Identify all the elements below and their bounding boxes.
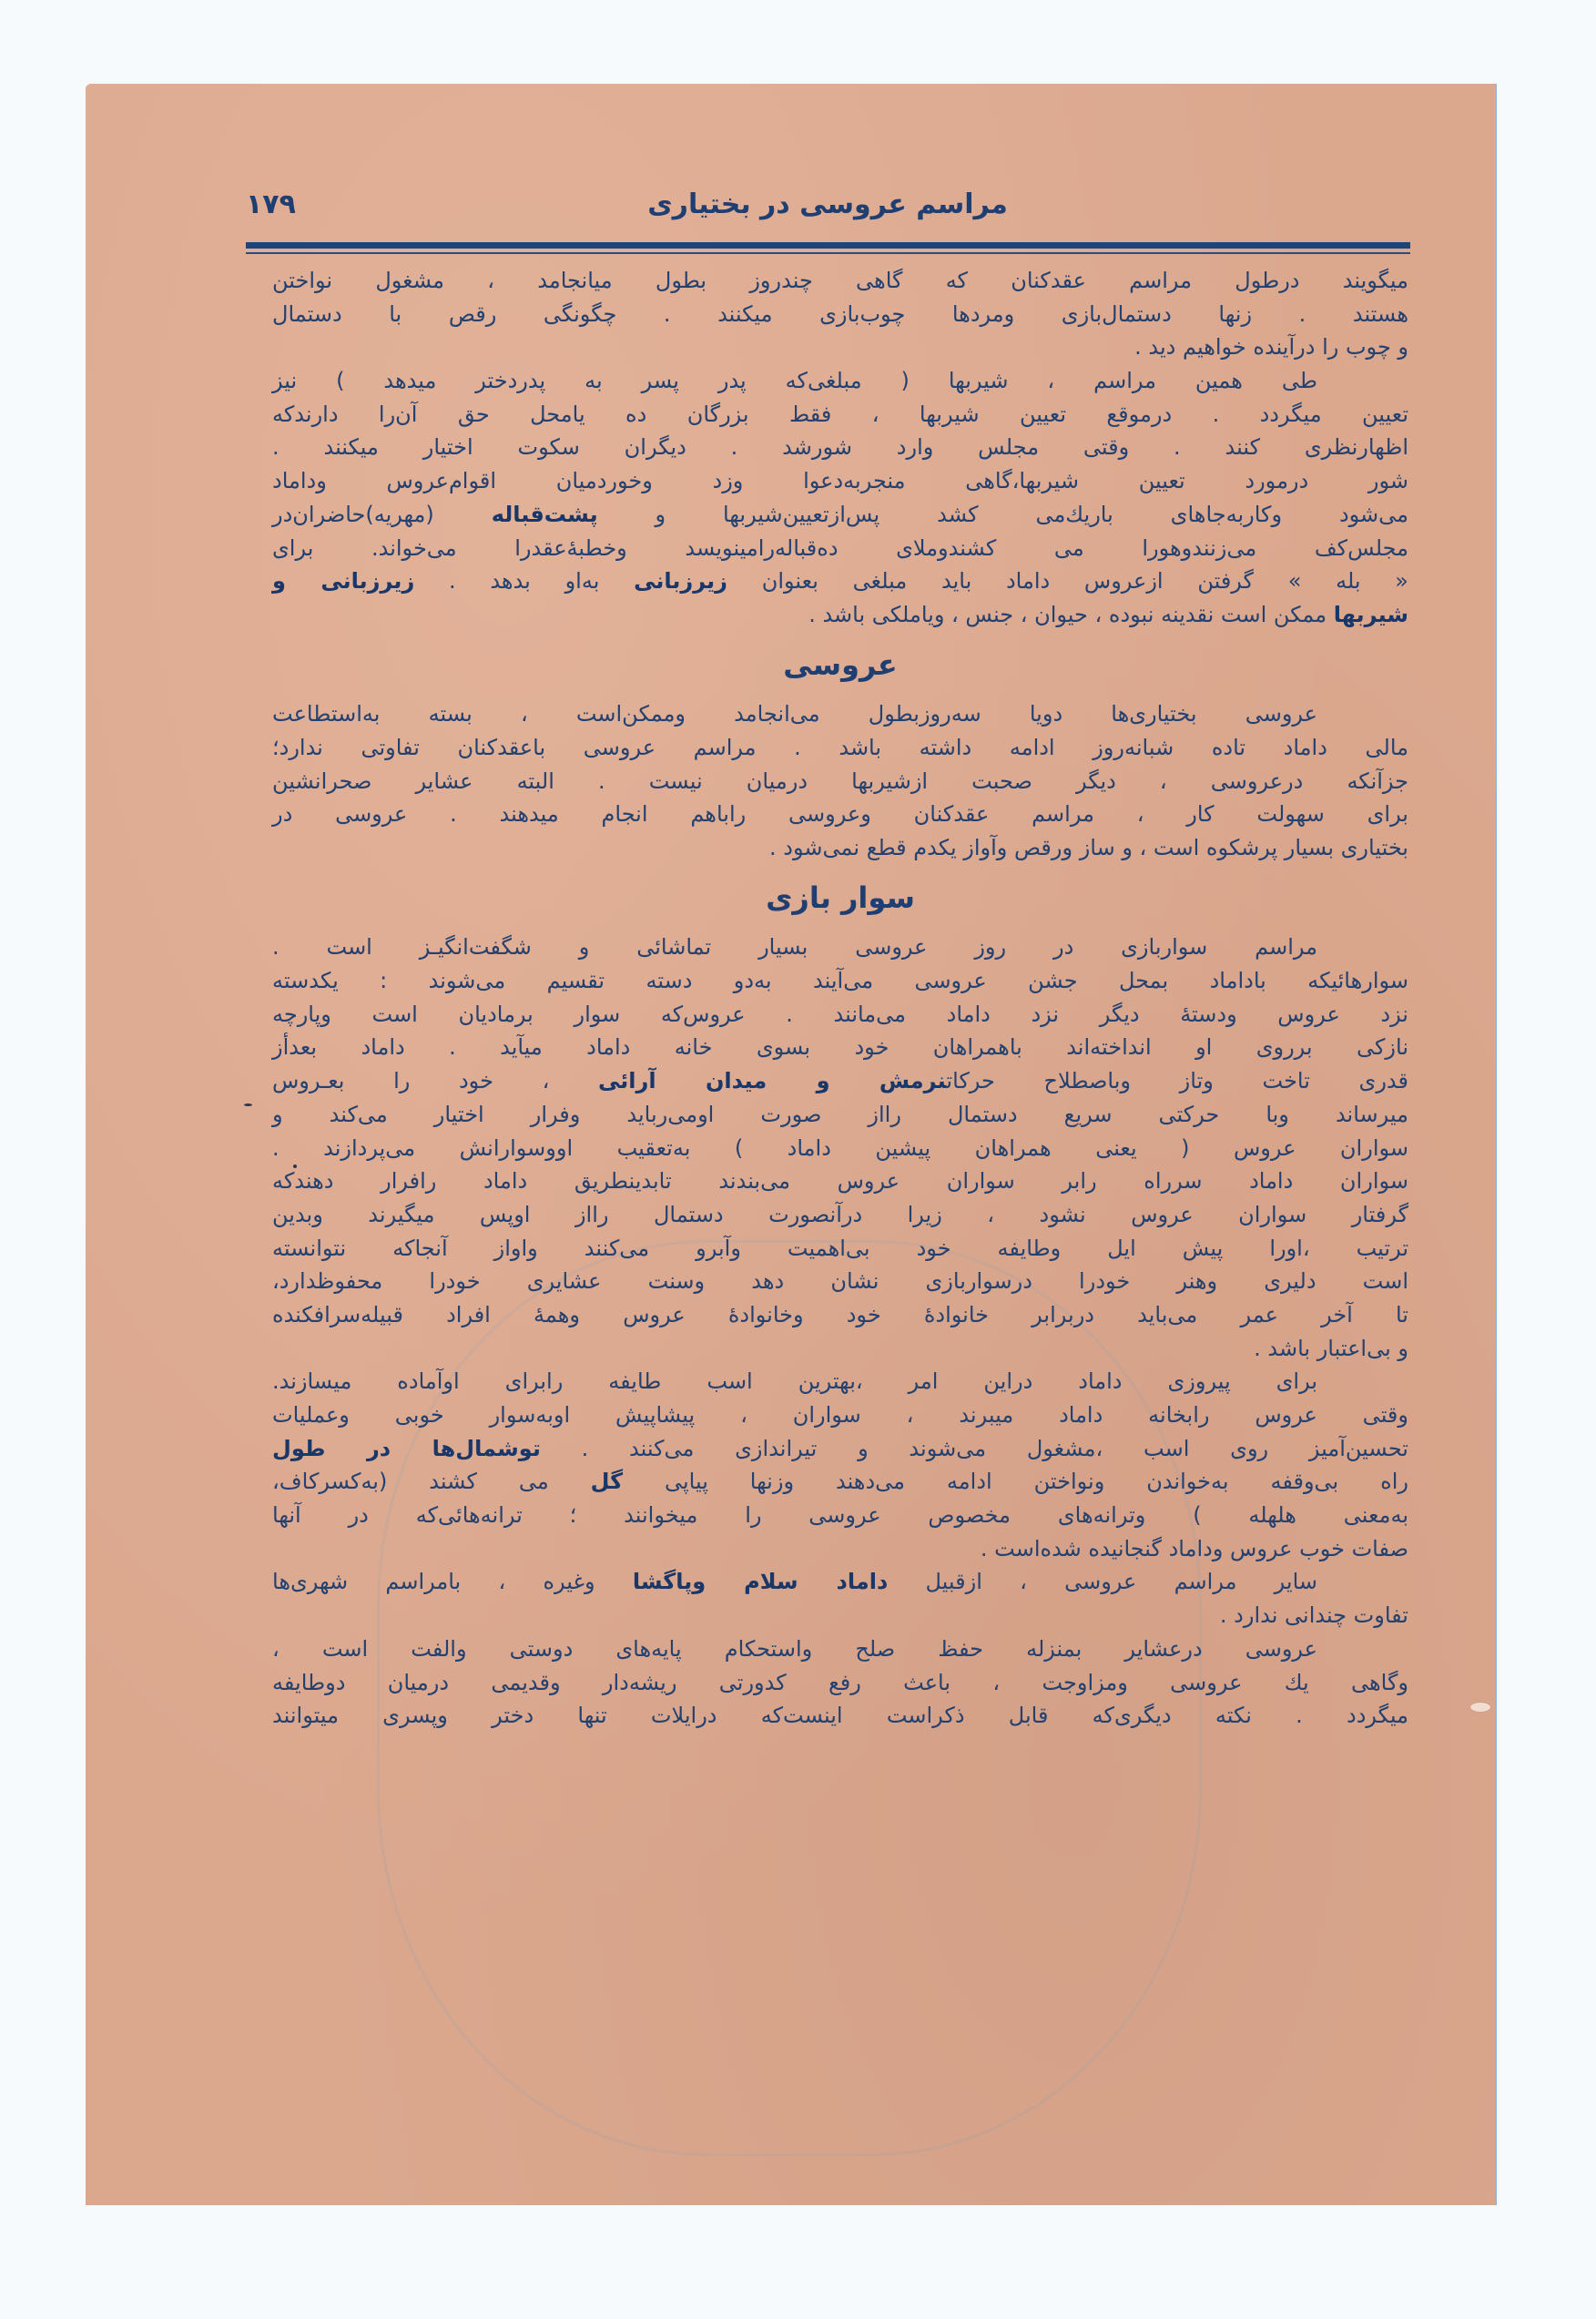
spacer (272, 681, 1408, 697)
text-line: میگردد . نکته دیگری‌که قابل ذکراست اینست… (272, 1699, 1408, 1733)
text-line: و بی‌اعتبار باشد . (272, 1332, 1408, 1366)
text-line: می‌شود وکار‌به‌جاهای باریك‌می کشد پس‌ازت… (272, 498, 1408, 532)
text-line: وگاهی یك عروسی ومزاوجت ، باعث رفع کدورتی… (272, 1666, 1408, 1700)
text-line: سواران عروس ( یعنی همراهان پیشین داماد )… (272, 1132, 1408, 1165)
bold-term-narmesh: نرمش و میدان آرائی (598, 1068, 946, 1093)
text-line: به‌معنی هلهله ) وترانه‌های مخصوص عروسی ر… (272, 1499, 1408, 1532)
text-line: برای پیروزی داماد دراین امر ،بهترین اسب … (272, 1365, 1408, 1399)
text-run: قدری تاخت وتاز وباصطلاح حرکات (946, 1068, 1408, 1093)
text-run: ممکن است نقدینه نبوده ، حیوان ، جنس ، وی… (808, 602, 1334, 627)
page-header: ۱۷۹ مراسم عروسی در بختیاری (246, 188, 1409, 261)
text-line: تفاوت چندانی ندارد . (272, 1599, 1408, 1632)
text-line: قدری تاخت وتاز وباصطلاح حرکاتنرمش و میدا… (272, 1064, 1408, 1098)
text-line: سوارهائیکه باداماد بمحل جشن عروسی می‌آین… (272, 964, 1408, 998)
text-line: سواران داماد سرراه رابر سواران عروس می‌ب… (272, 1165, 1408, 1198)
text-line: هستند . زنها دستمال‌بازی ومردها چوب‌بازی… (272, 298, 1408, 331)
text-run: ، خود را بعـروس (272, 1068, 598, 1093)
text-line: مراسم سواربازی در روز عروسی بسیار تماشائ… (272, 931, 1408, 964)
text-run: تحسین‌آمیز روی اسب ،مشغول می‌شوند و تیرا… (541, 1436, 1408, 1461)
text-line: میرساند وبا حرکتی سریع دستمال رااز صورت … (272, 1098, 1408, 1132)
text-line: مجلس‌کف می‌زنندوهورا می کشندوملای ده‌قبا… (272, 532, 1408, 565)
text-line: شیربها ممکن است نقدینه نبوده ، حیوان ، ج… (272, 598, 1408, 632)
text-run: وغیره ، بامراسم شهری‌ها (272, 1569, 633, 1594)
spacer (272, 632, 1408, 648)
text-run: « بله » گرفتن ازعروس داماد باید مبلغی بع… (727, 568, 1408, 594)
text-line: است دلیری وهنر خودرا درسواربازی نشان دهد… (272, 1265, 1408, 1298)
spacer (272, 865, 1408, 881)
running-title: مراسم عروسی در بختیاری (246, 188, 1409, 220)
text-line: طی همین مراسم ، شیربها ( مبلغی‌که پدر پس… (272, 364, 1408, 398)
header-rule-thick (246, 242, 1410, 249)
text-run: می کشند (به‌کسرکاف، (272, 1469, 591, 1494)
ink-speck (293, 1165, 297, 1168)
text-line: میگویند درطول مراسم عقدکنان که گاهی چندر… (272, 264, 1408, 298)
text-line: راه بی‌وقفه به‌خواندن ونواختن ادامه می‌د… (272, 1465, 1408, 1499)
body-text: میگویند درطول مراسم عقدکنان که گاهی چندر… (272, 264, 1408, 1733)
text-line: مالی داماد تاده شبانه‌روز ادامه داشته با… (272, 731, 1408, 765)
ink-speck (244, 1104, 252, 1106)
text-run: به‌او بدهد . (414, 568, 634, 594)
text-line: برای سهولت کار ، مراسم عقدکنان وعروسی را… (272, 798, 1408, 831)
text-line: اظهارنظری کنند . وقتی مجلس وارد شورشد . … (272, 431, 1408, 464)
bold-term-gel: گل (591, 1469, 623, 1494)
text-run: (مهریه)حاضران‌در (272, 502, 492, 527)
text-run: می‌شود وکار‌به‌جاهای باریك‌می کشد پس‌ازت… (598, 502, 1408, 527)
text-line: تا آخر عمر می‌باید دربرابر خانوادهٔ خود … (272, 1298, 1408, 1332)
header-rule-thin (246, 252, 1410, 254)
text-line: تعیین میگردد . درموقع تعیین شیربها ، فقط… (272, 398, 1408, 432)
text-line: نزد عروس ودستهٔ دیگر نزد داماد می‌مانند … (272, 998, 1408, 1032)
text-line: عروسی بختیاری‌ها دویا سه‌روزبطول می‌انجا… (272, 697, 1408, 731)
text-line: نازکی برروی او انداخته‌اند باهمراهان خود… (272, 1031, 1408, 1064)
section-heading-savarbazi: سوار بازی (272, 881, 1408, 915)
text-line: « بله » گرفتن ازعروس داماد باید مبلغی بع… (272, 564, 1408, 598)
bold-term-posht-ghabaleh: پشت‌قباله (492, 502, 598, 527)
text-line: شور درمورد تعیین شیربها،گاهی منجربه‌دعوا… (272, 464, 1408, 498)
bold-term-toshmal: توشمال‌ها در طول (272, 1436, 541, 1461)
text-line: جزآنکه درعروسی ، دیگر صحبت ازشیربها درمی… (272, 765, 1408, 798)
edge-tear (1469, 1702, 1491, 1713)
text-line: گرفتار سواران عروس نشود ، زیرا درآنصورت … (272, 1198, 1408, 1232)
text-line: صفات خوب عروس وداماد گنجانیده شده‌است . (272, 1532, 1408, 1566)
text-line: عروسی درعشایر بمنزله حفظ صلح واستحکام پا… (272, 1632, 1408, 1666)
bold-term-zirzabani-2: زیرزبانی و (272, 568, 414, 594)
text-run: سایر مراسم عروسی ، ازقبیل (888, 1569, 1317, 1594)
text-line: بختیاری بسیار پرشکوه است ، و ساز ورقص وآ… (272, 831, 1408, 865)
bold-term-damad-salam: داماد سلام وپاگشا (633, 1569, 888, 1594)
scanned-book-page: ۱۷۹ مراسم عروسی در بختیاری میگویند درطول… (86, 84, 1496, 2205)
text-line: ترتیب ،اورا پیش ایل وطایفه خود بی‌اهمیت … (272, 1232, 1408, 1266)
bold-term-shirbaha: شیربها (1334, 602, 1408, 627)
text-line: تحسین‌آمیز روی اسب ،مشغول می‌شوند و تیرا… (272, 1432, 1408, 1466)
spacer (272, 914, 1408, 931)
bold-term-zirzabani: زیرزبانی (634, 568, 727, 594)
text-run: راه بی‌وقفه به‌خواندن ونواختن ادامه می‌د… (623, 1469, 1408, 1494)
text-line: و چوب را درآینده خواهیم دید . (272, 331, 1408, 364)
text-line: وقتی عروس رابخانه داماد میبرند ، سواران … (272, 1399, 1408, 1432)
text-line: سایر مراسم عروسی ، ازقبیل داماد سلام وپا… (272, 1565, 1408, 1599)
section-heading-aroosi: عروسی (272, 648, 1408, 682)
